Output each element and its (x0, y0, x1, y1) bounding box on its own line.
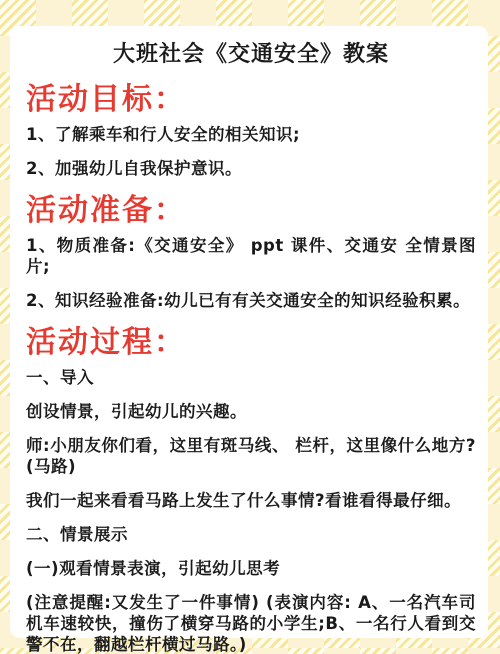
preparation-item-2: 2、知识经验准备:幼儿已有有关交通安全的知识经验积累。 (26, 290, 476, 311)
process-step-2-subtitle: (一)观看情景表演，引起幼儿思考 (26, 558, 476, 579)
page-title: 大班社会《交通安全》教案 (26, 42, 476, 68)
preparation-item-1: 1、物质准备:《交通安全》 ppt 课件、交通安 全情景图片; (26, 235, 476, 277)
section-activity-goals: 活动目标： 1、了解乘车和行人安全的相关知识; 2、加强幼儿自我保护意识。 (26, 84, 476, 179)
process-performance-note: (注意提醒:又发生了一件事情) (表演内容: A、一名汽车司机车速较快，撞伤了横… (26, 592, 476, 654)
section-heading-goals: 活动目标： (26, 84, 476, 116)
section-activity-preparation: 活动准备： 1、物质准备:《交通安全》 ppt 课件、交通安 全情景图片; 2、… (26, 195, 476, 311)
process-step-1-label: 一、导入 (26, 367, 476, 388)
section-heading-process: 活动过程： (26, 327, 476, 359)
process-step-1-intro: 创设情景，引起幼儿的兴趣。 (26, 401, 476, 422)
process-step-2-label: 二、情景展示 (26, 524, 476, 545)
goal-item-2: 2、加强幼儿自我保护意识。 (26, 158, 476, 179)
process-observation-prompt: 我们一起来看看马路上发生了什么事情?看谁看得最仔细。 (26, 490, 476, 511)
page-background: { "page_title": "大班社会《交通安全》教案", "colors"… (0, 0, 500, 654)
lesson-plan-card: 大班社会《交通安全》教案 活动目标： 1、了解乘车和行人安全的相关知识; 2、加… (10, 26, 488, 638)
process-teacher-question: 师:小朋友你们看，这里有斑马线、 栏杆，这里像什么地方?(马路) (26, 435, 476, 477)
goal-item-1: 1、了解乘车和行人安全的相关知识; (26, 124, 476, 145)
section-activity-process: 活动过程： 一、导入 创设情景，引起幼儿的兴趣。 师:小朋友你们看，这里有斑马线… (26, 327, 476, 654)
section-heading-preparation: 活动准备： (26, 195, 476, 227)
